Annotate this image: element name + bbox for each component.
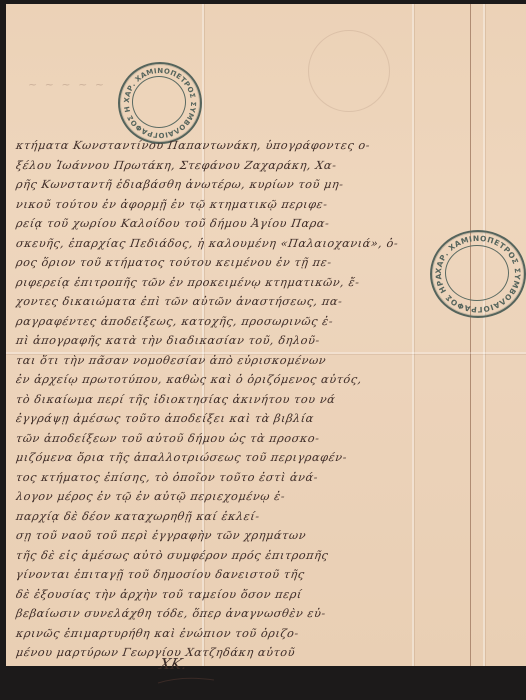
handwritten-line: τῶν ἀποδείξεων τοῦ αὐτοῦ δήμου ὡς τὰ προ… — [15, 429, 408, 449]
handwritten-line: τὸ δικαίωμα περί τῆς ἰδιοκτησίας ἀκινήτο… — [15, 390, 408, 410]
notary-stamp-top: ΧΑΡ. ΧΑΜΙΝΟΠΕΤΡΟΣ ΣΥΜΒΟΛΑΙΟΓΡΑΦΟΣ ΗΡΑΚΛΕ… — [118, 62, 202, 144]
handwritten-line: ρος ὅριον τοῦ κτήματος τούτου κειμένου ἐ… — [15, 253, 408, 273]
handwritten-line: ἐν ἀρχείῳ πρωτοτύπου, καθὼς καὶ ὁ ὁριζόμ… — [15, 370, 408, 390]
handwritten-line: ριφερείᾳ ἐπιτροπῆς τῶν ἐν προκειμένῳ κτη… — [15, 273, 408, 293]
handwritten-line: παρχίᾳ δὲ δέον καταχωρηθῇ καί ἐκλεί- — [15, 507, 408, 527]
handwritten-line: κρινῶς ἐπιμαρτυρήθη καὶ ἐνώπιον τοῦ ὁριζ… — [15, 624, 408, 644]
ghost-stamp-impression — [308, 30, 390, 112]
vertical-fold — [412, 4, 414, 666]
handwritten-line: λογον μέρος ἐν τῷ ἐν αὐτῷ περιεχομένῳ ἐ- — [15, 487, 408, 507]
handwritten-line: γίνονται ἐπιταγῇ τοῦ δημοσίου δανειστοῦ … — [15, 565, 408, 585]
vertical-fold — [483, 4, 485, 666]
handwritten-line: τῆς δὲ εἰς ἀμέσως αὐτὸ συμφέρον πρός ἐπι… — [15, 546, 408, 566]
handwritten-line: χοντες δικαιώματα ἐπὶ τῶν αὐτῶν ἀναστήσε… — [15, 292, 408, 312]
handwritten-line: ρείᾳ τοῦ χωρίου Καλοίδου τοῦ δήμου Ἁγίου… — [15, 214, 408, 234]
scan-background-corner — [470, 666, 526, 700]
handwritten-body: κτήματα Κωνσταντίνου Παπαντωνάκη, ὑπογρά… — [16, 136, 406, 666]
handwritten-line: μιζόμενα ὅρια τῆς ἀπαλλοτριώσεως τοῦ περ… — [15, 448, 408, 468]
handwritten-line: δὲ ἐξουσίας τὴν ἀρχὴν τοῦ ταμείου ὅσον π… — [15, 585, 408, 605]
handwritten-line: νικοῦ τούτου ἐν ἀφορμῇ ἐν τῷ κτηματικῷ π… — [15, 195, 408, 215]
stamp-circular-text: ΧΑΡ. ΧΑΜΙΝΟΠΕΤΡΟΣ ΣΥΜΒΟΛΑΙΟΓΡΑΦΟΣ ΗΡΑΚΛΕ… — [432, 232, 524, 316]
signature-flourish — [156, 676, 216, 684]
handwritten-line: τοιούτου ἐπιμελητοῦ Παντελάκη ἀνεξαρτήτο… — [15, 663, 408, 667]
handwritten-line: σῃ τοῦ ναοῦ τοῦ περὶ ἐγγραφὴν τῶν χρημάτ… — [15, 526, 408, 546]
notary-stamp-right: ΧΑΡ. ΧΑΜΙΝΟΠΕΤΡΟΣ ΣΥΜΒΟΛΑΙΟΓΡΑΦΟΣ ΗΡΑΚΛΕ… — [430, 230, 526, 318]
handwritten-line: ξέλου Ἰωάννου Πρωτάκη, Στεφάνου Ζαχαράκη… — [15, 156, 408, 176]
document-sheet: ~ ~ ~ ~ ~ ΧΑΡ. ΧΑΜΙΝΟΠΕΤΡΟΣ ΣΥΜΒΟΛΑΙΟΓΡΑ… — [6, 4, 526, 666]
svg-text:ΧΑΡ. ΧΑΜΙΝΟΠΕΤΡΟΣ ΣΥΜΒΟΛΑΙΟΓΡΑ: ΧΑΡ. ΧΑΜΙΝΟΠΕΤΡΟΣ ΣΥΜΒΟΛΑΙΟΓΡΑΦΟΣ ΗΡΑΚΛΕ… — [432, 232, 522, 314]
handwritten-line: κτήματα Κωνσταντίνου Παπαντωνάκη, ὑπογρά… — [15, 136, 408, 156]
handwritten-line: ἐγγράψῃ ἀμέσως τοῦτο ἀποδείξει καὶ τὰ βι… — [15, 409, 408, 429]
handwritten-line: ρῆς Κωνσταντῆ ἐδιαβάσθη ἀνωτέρω, κυρίων … — [15, 175, 408, 195]
svg-text:ΧΑΡ. ΧΑΜΙΝΟΠΕΤΡΟΣ ΣΥΜΒΟΛΑΙΟΓΡΑ: ΧΑΡ. ΧΑΜΙΝΟΠΕΤΡΟΣ ΣΥΜΒΟΛΑΙΟΓΡΑΦΟΣ ΗΡΑΚΛΕ… — [120, 64, 197, 139]
handwritten-line: σκευῆς, ἐπαρχίας Πεδιάδος, ἡ καλουμένη «… — [15, 234, 408, 254]
faint-header-scribble: ~ ~ ~ ~ ~ — [28, 78, 106, 91]
stamp-circular-text: ΧΑΡ. ΧΑΜΙΝΟΠΕΤΡΟΣ ΣΥΜΒΟΛΑΙΟΓΡΑΦΟΣ ΗΡΑΚΛΕ… — [120, 64, 200, 142]
handwritten-line: ραγραφέντες ἀποδείξεως, κατοχῆς, προσωρι… — [15, 312, 408, 332]
handwritten-line: βεβαίωσιν συνελάχθη τόδε, ὅπερ ἀναγνωσθὲ… — [15, 604, 408, 624]
page-edge-line — [470, 4, 471, 666]
signature: ΧΚ. — [158, 655, 188, 673]
handwritten-line: ται ὅτι τὴν πᾶσαν νομοθεσίαν ἀπὸ εὐρισκο… — [15, 351, 408, 371]
handwritten-line: τος κτήματος ἐπίσης, τὸ ὁποῖον τοῦτο ἐστ… — [15, 468, 408, 488]
handwritten-line: μένου μαρτύρων Γεωργίου Χατζηδάκη αὐτοῦ — [15, 643, 408, 663]
handwritten-line: πὶ ἀπογραφῆς κατὰ τὴν διαδικασίαν τοῦ, δ… — [15, 331, 408, 351]
